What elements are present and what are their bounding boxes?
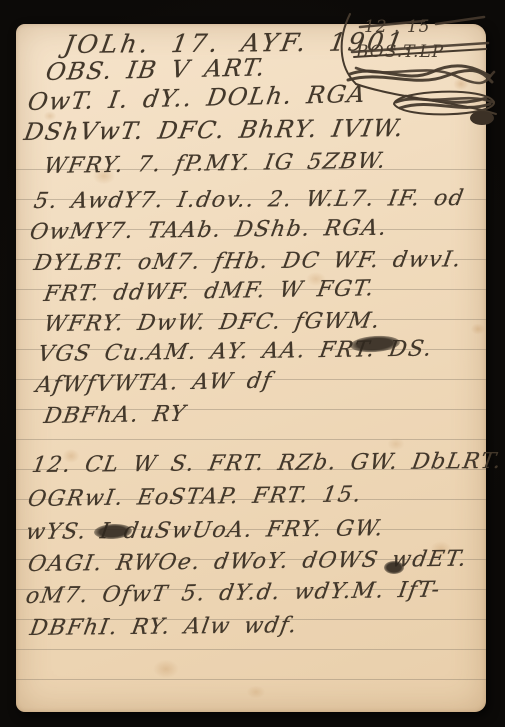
ink-blob bbox=[470, 111, 494, 125]
manuscript-line: OAGI. RWOe. dWoY. dOWS wdET. bbox=[26, 547, 469, 577]
manuscript-line: WFRY. 7. fP.MY. IG 5ZBW. bbox=[42, 149, 388, 179]
manuscript-line: wYS. I duSwUoA. FRY. GW. bbox=[24, 516, 386, 545]
manuscript-line: AfWfVWTA. AW df bbox=[34, 368, 274, 398]
manuscript-line: DBFhI. RY. Alw wdf. bbox=[28, 613, 300, 641]
manuscript-line: VGS Cu.AM. AY. AA. FRT. DS. bbox=[36, 337, 435, 367]
manuscript-line: WFRY. DwW. DFC. fGWM. bbox=[42, 308, 383, 337]
manuscript-line: DYLBT. oM7. fHb. DC WF. dwvI. bbox=[32, 247, 464, 276]
manuscript-page: JOLh. 17. AYF. 1901. OBS. IB V ART. OwT.… bbox=[16, 24, 486, 712]
manuscript-line: 12. CL W S. FRT. RZb. GW. DbLRT. bbox=[30, 449, 504, 478]
manuscript-line: 5. AwdY7. I.dov.. 2. W.L7. IF. od bbox=[32, 186, 467, 214]
manuscript-line: OGRwI. EoSTAP. FRT. 15. bbox=[26, 482, 364, 512]
crossed-out-corner-note: 12 . 15 BOS.T.LP bbox=[336, 10, 502, 136]
manuscript-line: DBFhA. RY bbox=[42, 402, 188, 429]
manuscript-line: OwMY7. TAAb. DShb. RGA. bbox=[28, 216, 390, 245]
corner-note-row1: 12 . 15 bbox=[364, 17, 430, 37]
manuscript-line: oM7. OfwT 5. dY.d. wdY.M. IfT- bbox=[24, 578, 443, 609]
manuscript-line: FRT. ddWF. dMF. W FGT. bbox=[42, 276, 377, 307]
photo-backdrop: JOLh. 17. AYF. 1901. OBS. IB V ART. OwT.… bbox=[0, 0, 505, 727]
manuscript-line: OBS. IB V ART. bbox=[44, 53, 268, 86]
